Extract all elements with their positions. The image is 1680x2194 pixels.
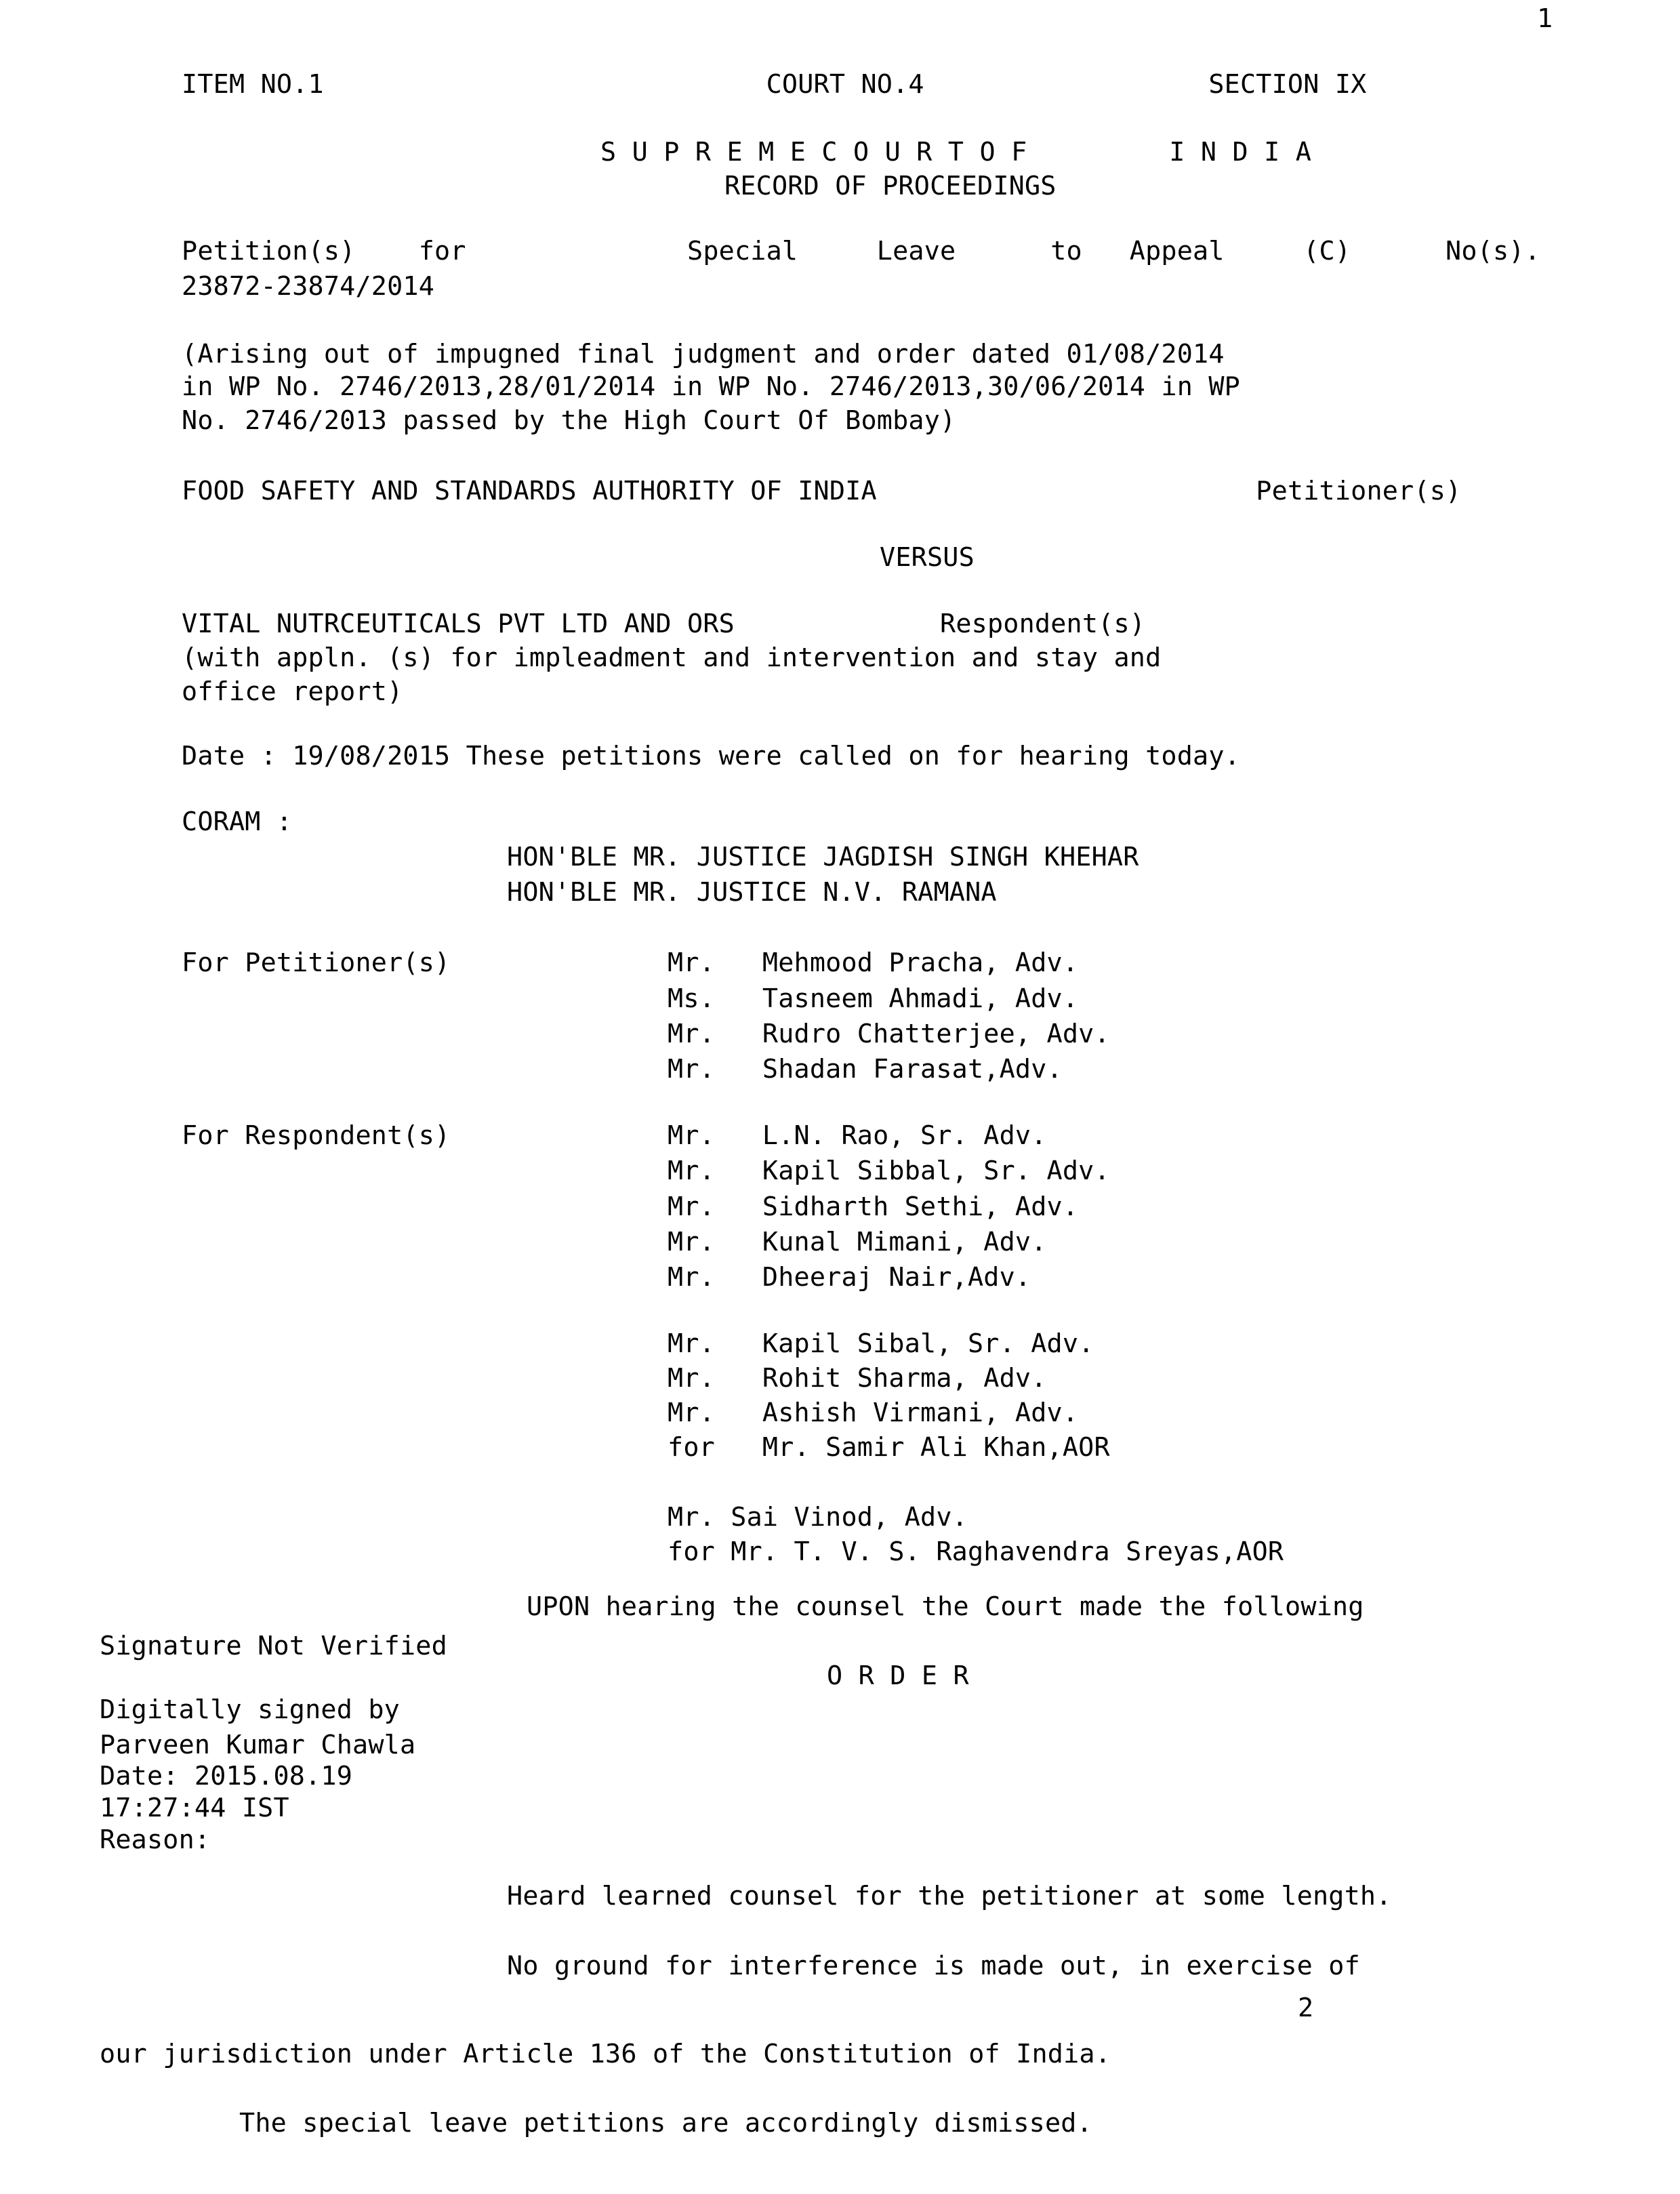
versus-label: VERSUS bbox=[880, 545, 975, 571]
arising-clause-line-1: (Arising out of impugned final judgment … bbox=[182, 342, 1225, 367]
coram-label: CORAM : bbox=[182, 809, 292, 835]
order-title: O R D E R bbox=[827, 1663, 969, 1689]
hearing-date-row: Date : 19/08/2015 These petitions were c… bbox=[182, 744, 1240, 769]
for-respondents-label: For Respondent(s) bbox=[182, 1123, 450, 1149]
record-of-proceedings-title: RECORD OF PROCEEDINGS bbox=[724, 174, 1057, 199]
order-paragraph-3: The special leave petitions are accordin… bbox=[239, 2111, 1092, 2136]
petitioner-counsel-3: Mr. Rudro Chatterjee, Adv. bbox=[668, 1021, 1110, 1047]
respondent-counsel-10: Mr. Sai Vinod, Adv. bbox=[668, 1505, 968, 1530]
case-number: 23872-23874/2014 bbox=[182, 274, 434, 300]
supreme-court-of-india-title: S U P R E M E C O U R T O F I N D I A bbox=[600, 140, 1311, 165]
respondent-counsel-4: Mr. Kunal Mimani, Adv. bbox=[668, 1230, 1047, 1255]
document-page: 1ITEM NO.1 COURT NO.4 SECTION IXS U P R … bbox=[0, 0, 1680, 2194]
upon-hearing-line: UPON hearing the counsel the Court made … bbox=[527, 1594, 1364, 1620]
petitioner-counsel-1: Mr. Mehmood Pracha, Adv. bbox=[668, 950, 1078, 976]
signature-date: Date: 2015.08.19 bbox=[100, 1764, 352, 1789]
judge-1: HON'BLE MR. JUSTICE JAGDISH SINGH KHEHAR bbox=[507, 845, 1139, 870]
with-appln-line: (with appln. (s) for impleadment and int… bbox=[182, 645, 1161, 671]
order-paragraph-2: No ground for interference is made out, … bbox=[507, 1953, 1360, 1979]
office-report-line: office report) bbox=[182, 679, 403, 705]
signature-reason: Reason: bbox=[100, 1827, 210, 1853]
digitally-signed-by: Digitally signed by bbox=[100, 1697, 400, 1723]
respondent-counsel-7: Mr. Rohit Sharma, Adv. bbox=[668, 1366, 1047, 1391]
signature-not-verified: Signature Not Verified bbox=[100, 1633, 447, 1659]
petitioner-counsel-4: Mr. Shadan Farasat,Adv. bbox=[668, 1057, 1063, 1082]
respondent-counsel-6: Mr. Kapil Sibal, Sr. Adv. bbox=[668, 1331, 1094, 1357]
page-2-number: 2 bbox=[1298, 1995, 1313, 2021]
respondent-counsel-8: Mr. Ashish Virmani, Adv. bbox=[668, 1400, 1078, 1426]
respondent-name-row: VITAL NUTRCEUTICALS PVT LTD AND ORS Resp… bbox=[182, 611, 1145, 637]
judge-2: HON'BLE MR. JUSTICE N.V. RAMANA bbox=[507, 880, 997, 906]
item-court-section-row: ITEM NO.1 COURT NO.4 SECTION IX bbox=[182, 72, 1366, 98]
respondent-counsel-1: Mr. L.N. Rao, Sr. Adv. bbox=[668, 1123, 1047, 1149]
petitioner-name-row: FOOD SAFETY AND STANDARDS AUTHORITY OF I… bbox=[182, 479, 1461, 504]
signature-time: 17:27:44 IST bbox=[100, 1795, 289, 1821]
arising-clause-line-2: in WP No. 2746/2013,28/01/2014 in WP No.… bbox=[182, 374, 1240, 400]
respondent-counsel-5: Mr. Dheeraj Nair,Adv. bbox=[668, 1265, 1031, 1291]
respondent-counsel-3: Mr. Sidharth Sethi, Adv. bbox=[668, 1194, 1078, 1220]
arising-clause-line-3: No. 2746/2013 passed by the High Court O… bbox=[182, 408, 956, 434]
page-1-number: 1 bbox=[1537, 6, 1553, 32]
order-paragraph-2-continued: our jurisdiction under Article 136 of th… bbox=[100, 2041, 1111, 2067]
petitioner-counsel-2: Ms. Tasneem Ahmadi, Adv. bbox=[668, 986, 1078, 1012]
for-petitioners-label: For Petitioner(s) bbox=[182, 950, 450, 976]
respondent-counsel-9: for Mr. Samir Ali Khan,AOR bbox=[668, 1435, 1110, 1461]
order-paragraph-1: Heard learned counsel for the petitioner… bbox=[507, 1884, 1392, 1909]
signer-name: Parveen Kumar Chawla bbox=[100, 1732, 415, 1758]
respondent-counsel-11: for Mr. T. V. S. Raghavendra Sreyas,AOR bbox=[668, 1539, 1284, 1565]
respondent-counsel-2: Mr. Kapil Sibbal, Sr. Adv. bbox=[668, 1158, 1110, 1184]
petition-type-row: Petition(s) for Special Leave to Appeal … bbox=[182, 239, 1540, 264]
